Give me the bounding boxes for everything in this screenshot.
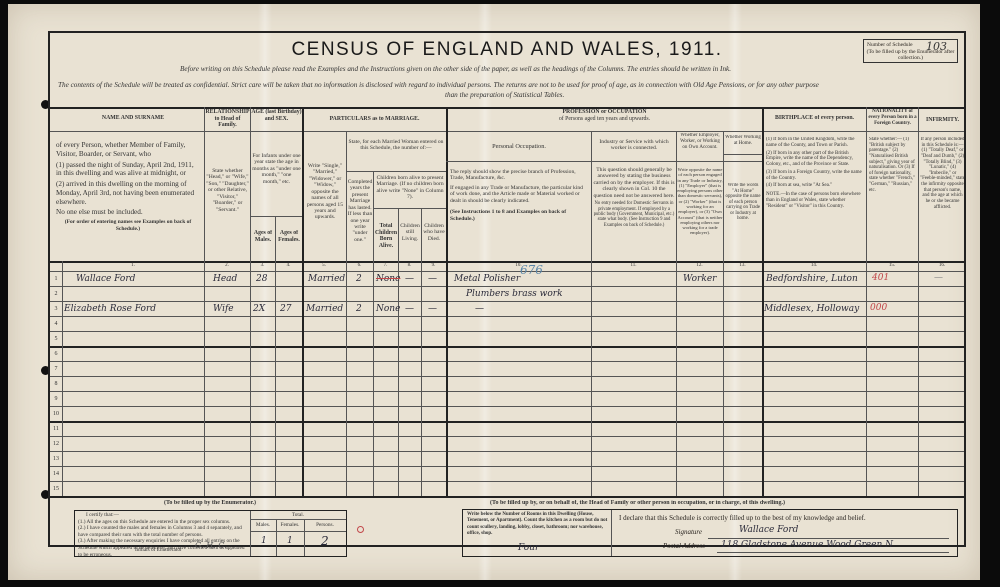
column-number: 3. <box>250 263 275 268</box>
initials-value: G. H. C. <box>195 541 227 550</box>
column-number: 15. <box>866 263 918 268</box>
entry-name: Wallace Ford <box>76 274 135 284</box>
males-label: Males. <box>250 522 276 529</box>
row-number: 5 <box>50 336 62 342</box>
entry-occupation-code: 676 <box>520 263 543 277</box>
header-completed-years: Completed years the present Marriage has… <box>347 179 373 243</box>
column-number: 9. <box>421 263 446 268</box>
row-number: 8 <box>50 381 62 387</box>
header-name-body: of every Person, whether Member of Famil… <box>56 141 200 233</box>
row-number: 13 <box>50 456 62 462</box>
rule <box>50 271 964 272</box>
entry-children-died: — <box>428 274 437 284</box>
column-number: 2. <box>204 263 250 268</box>
header-employer-body: Write opposite the name of each person e… <box>677 167 723 236</box>
signature-label: Signature <box>675 528 702 536</box>
persons-label: Persons. <box>304 522 346 529</box>
entry-age-male: 2X <box>253 304 265 314</box>
header-name: NAME AND SURNAME <box>62 115 204 122</box>
confidential-line: The contents of the Schedule will be tre… <box>58 81 819 89</box>
household-box: Write below the Number of Rooms in this … <box>462 509 958 557</box>
entry-age-female: 27 <box>280 304 291 314</box>
schedule-frame: CENSUS OF ENGLAND AND WALES, 1911. Befor… <box>48 31 966 547</box>
postal-address-value: 118 Gladstone Avenue Wood Green N <box>721 540 893 550</box>
header-home: Whether Working at Home. <box>724 135 762 147</box>
header-age: AGE (last Birthday) and SEX. <box>251 109 302 122</box>
entry-occupation: Plumbers brass work <box>466 289 563 299</box>
row-number: 1 <box>50 276 62 282</box>
enumerator-heading: (To be filled up by the Enumerator.) <box>120 500 300 507</box>
entry-birthplace-code: 000 <box>870 303 887 313</box>
females-total: 1 <box>287 536 293 546</box>
initials-label: Initials of Enumerator <box>135 547 182 554</box>
column-number: 13. <box>723 263 762 268</box>
census-schedule-paper: CENSUS OF ENGLAND AND WALES, 1911. Befor… <box>8 4 980 580</box>
entry-employment: Worker <box>683 274 716 284</box>
header-personal-occupation: Personal Occupation. <box>447 143 591 150</box>
column-number: 12. <box>676 263 723 268</box>
entry-birthplace: Bedfordshire, Luton <box>766 274 858 284</box>
schedule-number-value: 103 <box>926 40 947 53</box>
column-number: 7. <box>373 263 398 268</box>
row-number: 2 <box>50 291 62 297</box>
header-relationship-body: State whether "Head," or "Wife," "Son," … <box>206 168 249 213</box>
header-occupation: PROFESSION or OCCUPATION of Persons aged… <box>447 109 762 122</box>
header-marriage-write: Write "Single," "Married," "Widower," or… <box>304 163 346 221</box>
row-number: 15 <box>50 486 62 492</box>
row-number: 12 <box>50 441 62 447</box>
row-number: 14 <box>50 471 62 477</box>
header-marriage: PARTICULARS as to MARRIAGE. <box>303 116 446 123</box>
header-relationship: RELATIONSHIP to Head of Family. <box>205 109 250 129</box>
header-still-living: Children still Living. <box>399 223 421 242</box>
entry-children-total: None <box>376 304 400 314</box>
enumerator-box: I certify that:— (1.) All the ages on th… <box>74 510 347 557</box>
rule <box>50 131 964 132</box>
males-total: 1 <box>261 536 267 546</box>
column-number: 11. <box>591 263 676 268</box>
header-personal-body: The reply should show the precise branch… <box>450 169 588 222</box>
header-children-alive: Children born alive to present Marriage.… <box>374 175 446 201</box>
signature-value: Wallace Ford <box>739 525 798 535</box>
row-number: 6 <box>50 351 62 357</box>
confidential-line-2: than the preparation of Statistical Tabl… <box>445 91 564 99</box>
postal-address-label: Postal Address <box>663 542 705 550</box>
row-number: 3 <box>50 306 62 312</box>
header-nationality: NATIONALITY of every Person born in a Fo… <box>867 109 918 126</box>
total-label: Total. <box>250 512 346 519</box>
column-number: 16. <box>918 263 966 268</box>
household-heading: (To be filled up by, or on behalf of, th… <box>490 500 950 507</box>
header-age-body: For Infants under one year state the age… <box>252 153 301 185</box>
entry-years-married: 2 <box>356 274 362 284</box>
header-have-died: Children who have Died. <box>422 223 446 242</box>
entry-birthplace-code: 401 <box>872 273 889 283</box>
header-married-women: State, for each Married Woman entered on… <box>348 139 444 152</box>
column-number: 14. <box>762 263 866 268</box>
header-employer: Whether Employer, Worker, or Working on … <box>677 133 723 150</box>
column-number: 5. <box>302 263 346 268</box>
header-industry: Industry or Service with which worker is… <box>593 139 675 152</box>
declaration-text: I declare that this Schedule is correctl… <box>619 514 866 522</box>
persons-total: 2 <box>321 534 329 548</box>
header-birthplace: BIRTHPLACE of every person. <box>763 115 866 122</box>
entry-children-living: — <box>405 274 414 284</box>
females-label: Females. <box>276 522 304 529</box>
row-number: 10 <box>50 411 62 417</box>
entry-name: Elizabeth Rose Ford <box>64 304 156 314</box>
entry-occupation: Metal Polisher <box>454 274 520 284</box>
rooms-instruction: Write below the Number of Rooms in this … <box>467 512 609 537</box>
header-infirmity-body: If any person included in this Schedule … <box>920 137 965 210</box>
entry-occupation: — <box>475 304 484 314</box>
entry-relationship: Wife <box>213 304 234 314</box>
row-number: 4 <box>50 321 62 327</box>
entry-children-total: None <box>376 274 400 284</box>
row-number: 11 <box>50 426 62 432</box>
header-age-males: Ages of Males. <box>251 230 275 243</box>
instruction-line: Before writing on this Schedule please r… <box>180 65 731 73</box>
header-home-body: Write the words "At Home" opposite the n… <box>724 183 762 222</box>
column-number: 8. <box>398 263 421 268</box>
entry-years-married: 2 <box>356 304 362 314</box>
entry-marital: Married <box>306 304 343 314</box>
entry-children-living: — <box>405 304 414 314</box>
column-number: 1. <box>62 263 204 268</box>
column-number: 6. <box>346 263 373 268</box>
header-nationality-body: State whether:— (1) "British subject by … <box>869 137 917 193</box>
entry-marital: Married <box>308 274 345 284</box>
header-industry-body: This question should generally be answer… <box>593 167 675 228</box>
red-mark-icon <box>357 526 364 533</box>
header-total-born: Total Children Born Alive. <box>374 223 398 250</box>
entry-age-male: 28 <box>256 274 267 284</box>
entry-children-died: — <box>428 304 437 314</box>
header-birthplace-body: (1) If born in the United Kingdom, write… <box>766 137 864 209</box>
rooms-value: Four <box>518 543 539 553</box>
column-number: 4. <box>275 263 302 268</box>
schedule-number-box: Number of Schedule (To be filled up by t… <box>863 39 958 63</box>
entry-infirmity: — <box>934 273 943 283</box>
row-number: 9 <box>50 396 62 402</box>
column-number: 10. <box>446 263 591 268</box>
header-infirmity: INFIRMITY. <box>919 117 966 124</box>
entry-birthplace: Middlesex, Holloway <box>764 304 859 314</box>
page-title: CENSUS OF ENGLAND AND WALES, 1911. <box>50 39 964 61</box>
entry-relationship: Head <box>213 274 237 284</box>
row-number: 7 <box>50 366 62 372</box>
header-age-females: Ages of Females. <box>276 230 302 243</box>
